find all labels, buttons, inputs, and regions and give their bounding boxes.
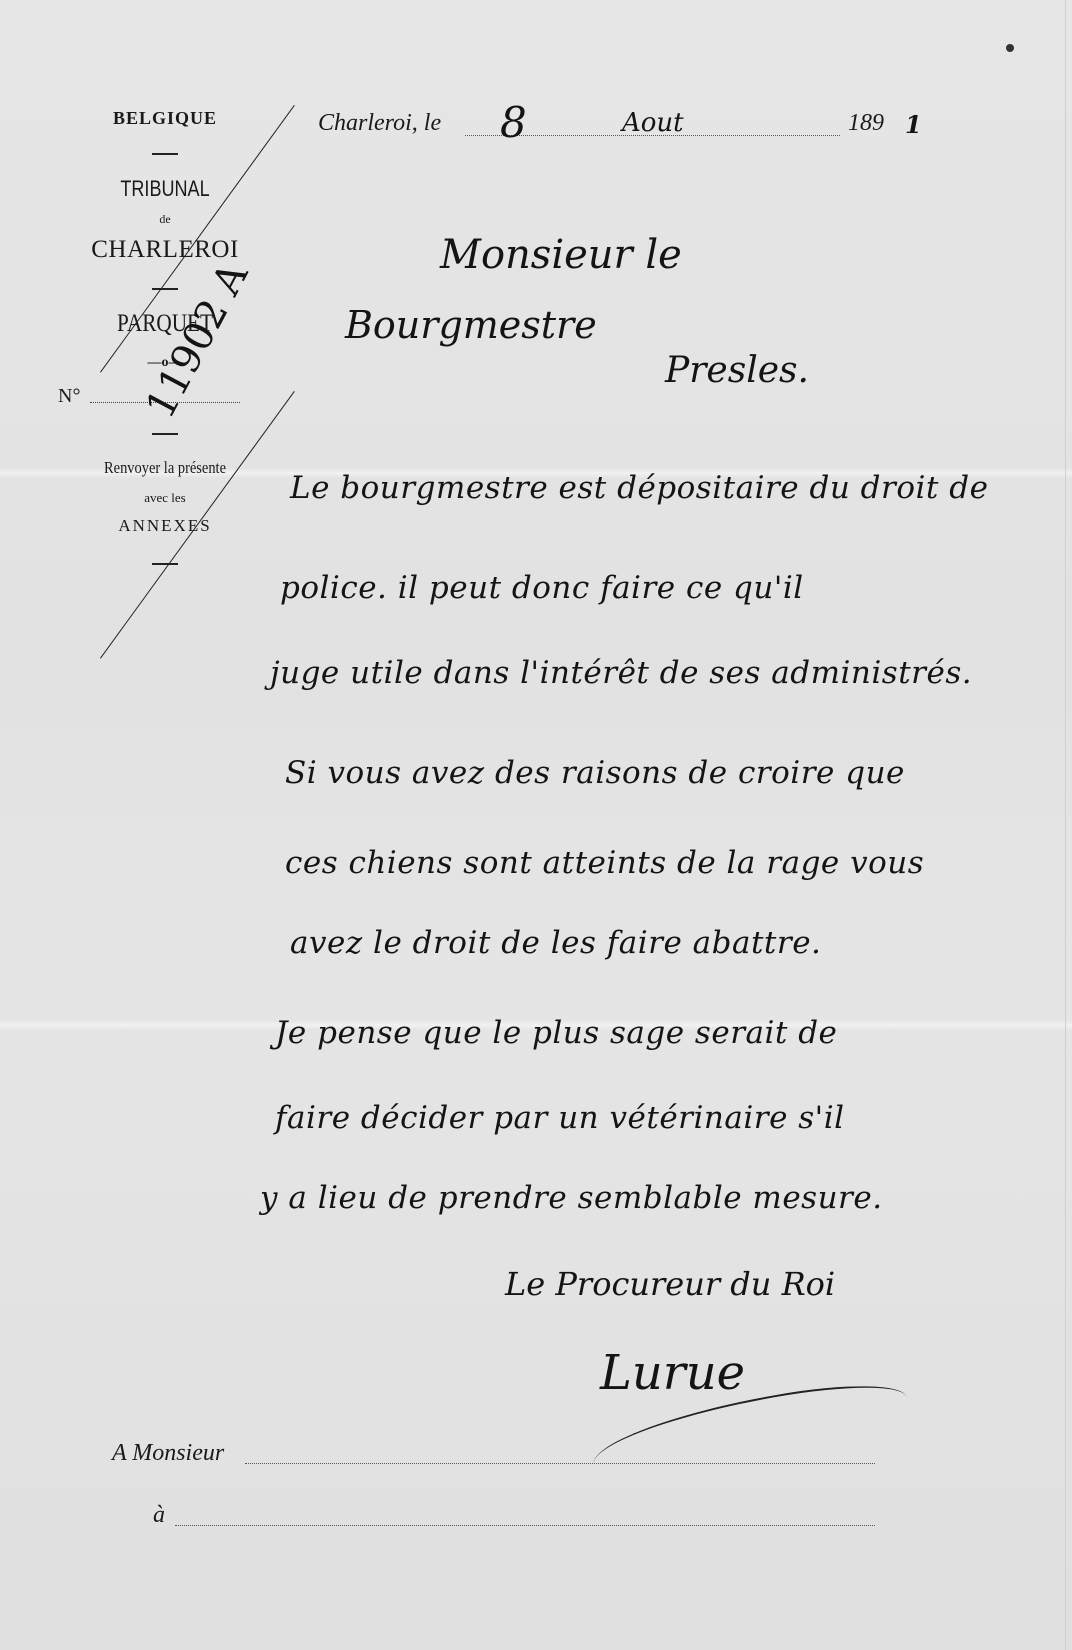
body-line: juge utile dans l'intérêt de ses adminis… xyxy=(270,655,972,691)
closing-title: Le Procureur du Roi xyxy=(505,1265,835,1303)
date-year-suffix: 1 xyxy=(905,110,922,139)
signature: Lurue xyxy=(600,1345,745,1401)
body-line: Le bourgmestre est dépositaire du droit … xyxy=(290,470,988,506)
body-line: police. il peut donc faire ce qu'il xyxy=(280,570,804,606)
body-line: Je pense que le plus sage serait de xyxy=(275,1015,837,1051)
divider xyxy=(152,153,178,155)
date-year-prefix: 189 xyxy=(848,110,884,137)
salutation-line-1: Monsieur le xyxy=(440,232,682,278)
number-label: N° xyxy=(58,385,80,408)
date-place: Charleroi, le xyxy=(318,110,441,137)
punch-hole xyxy=(1006,44,1014,52)
addressee-field-line xyxy=(245,1463,875,1464)
handwritten-reference: 11902 A xyxy=(137,255,257,426)
salutation-line-3: Presles. xyxy=(665,350,809,391)
letterhead-de: de xyxy=(60,212,270,227)
letter-paper: BELGIQUE TRIBUNAL de CHARLEROI PARQUET —… xyxy=(0,0,1072,1650)
letterhead-country: BELGIQUE xyxy=(60,108,270,129)
divider xyxy=(152,433,178,435)
place-field-line xyxy=(175,1525,875,1526)
return-instruction-3: ANNEXES xyxy=(60,516,270,536)
date-month: Aout xyxy=(622,108,684,138)
body-line: avez le droit de les faire abattre. xyxy=(290,925,821,961)
return-instruction: Renvoyer la présente xyxy=(76,458,255,478)
body-line: ces chiens sont atteints de la rage vous xyxy=(285,845,924,881)
letterhead-city: CHARLEROI xyxy=(60,236,270,264)
body-line: y a lieu de prendre semblable mesure. xyxy=(260,1180,883,1216)
return-instruction-2: avec les xyxy=(60,490,270,506)
addressee-label: A Monsieur xyxy=(112,1440,224,1467)
divider xyxy=(152,563,178,565)
body-line: faire décider par un vétérinaire s'il xyxy=(275,1100,845,1136)
date-day: 8 xyxy=(500,98,527,147)
place-label: à xyxy=(153,1502,165,1529)
divider xyxy=(152,288,178,290)
paper-edge xyxy=(1065,0,1066,1650)
body-line: Si vous avez des raisons de croire que xyxy=(285,755,905,791)
salutation-line-2: Bourgmestre xyxy=(345,303,597,347)
